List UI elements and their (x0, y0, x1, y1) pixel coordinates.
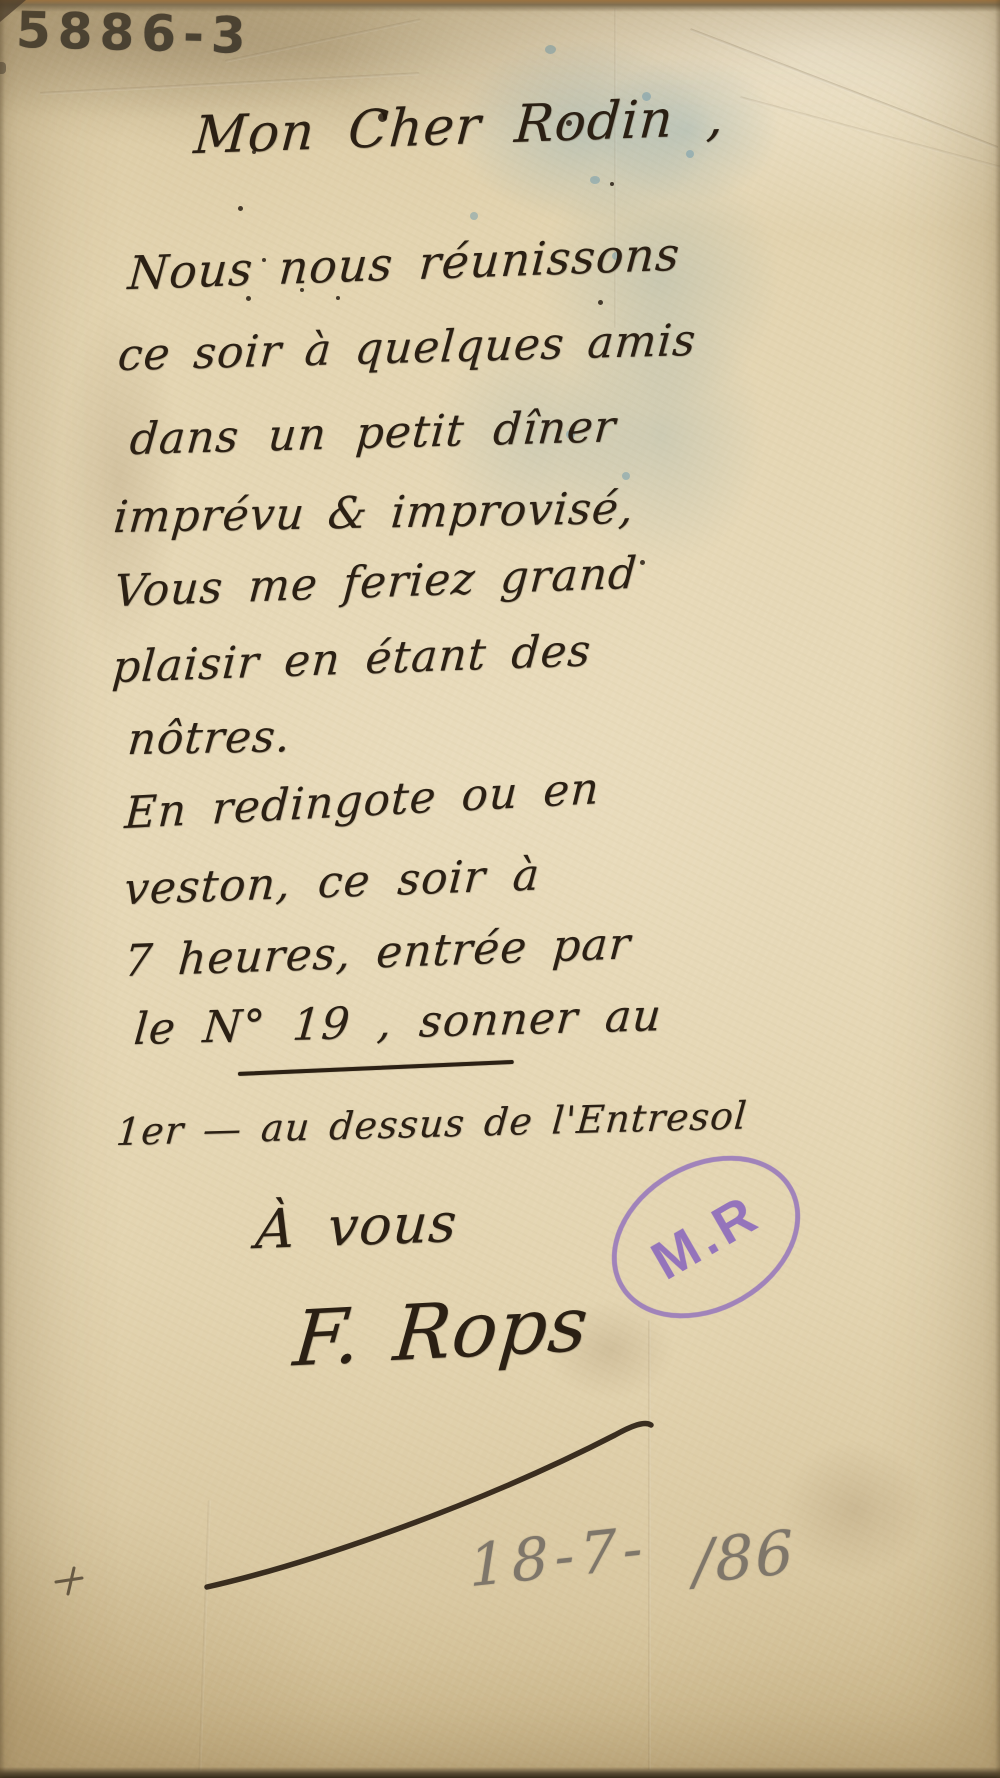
letter-line: plaisir en étant des (110, 625, 593, 693)
letter-line: En redingote ou en (123, 763, 601, 839)
mr-oval-stamp: M.R (582, 1123, 829, 1351)
blue-speck (686, 150, 694, 158)
ink-underline-no19 (238, 1060, 514, 1076)
blue-speck (545, 45, 556, 54)
blue-speck (622, 472, 630, 480)
scan-edge-bottom (0, 1767, 1000, 1778)
ink-fleck (336, 296, 340, 300)
letter-line: Nous nous réunissons (126, 227, 682, 300)
smudge (780, 1440, 930, 1580)
stamp-label: M.R (582, 1123, 829, 1351)
letter-line: Vous me feriez grand (112, 548, 639, 617)
crease (40, 72, 420, 95)
pencil-date-year: /86 (692, 1517, 796, 1598)
blue-speck (470, 212, 478, 220)
crease (740, 96, 1000, 171)
letter-scan: 5886-3 Mon Cher Rodin , Nous nous réunis… (0, 0, 1000, 1778)
ink-mark (48, 1560, 88, 1600)
letter-line: 7 heures, entrée par (122, 918, 632, 987)
scan-edge-right (995, 0, 1000, 1778)
crease (225, 18, 421, 63)
ink-fleck (610, 182, 614, 186)
letter-line: le N° 19 , sonner au (132, 990, 664, 1055)
scan-edge-top (0, 0, 1000, 12)
ink-fleck (238, 206, 243, 211)
letter-line: veston, ce soir à (122, 849, 541, 915)
salutation: Mon Cher Rodin , (192, 87, 727, 166)
blue-speck (590, 176, 600, 184)
ink-fleck (640, 560, 645, 565)
letter-line: imprévu & improvisé, (112, 483, 637, 543)
scan-edge-left (0, 0, 5, 1778)
signature: F. Rops (290, 1279, 592, 1384)
letter-line: nôtres. (126, 711, 294, 765)
edge-nick (0, 62, 6, 74)
closing: À vous (254, 1191, 460, 1261)
letter-line: ce soir à quelques amis (116, 315, 698, 381)
letter-line: 1er — au dessus de l'Entresol (115, 1093, 749, 1154)
letter-line: dans un petit dîner (128, 401, 618, 465)
ink-fleck (246, 296, 251, 301)
crease (689, 28, 998, 149)
ink-fleck (598, 300, 603, 305)
